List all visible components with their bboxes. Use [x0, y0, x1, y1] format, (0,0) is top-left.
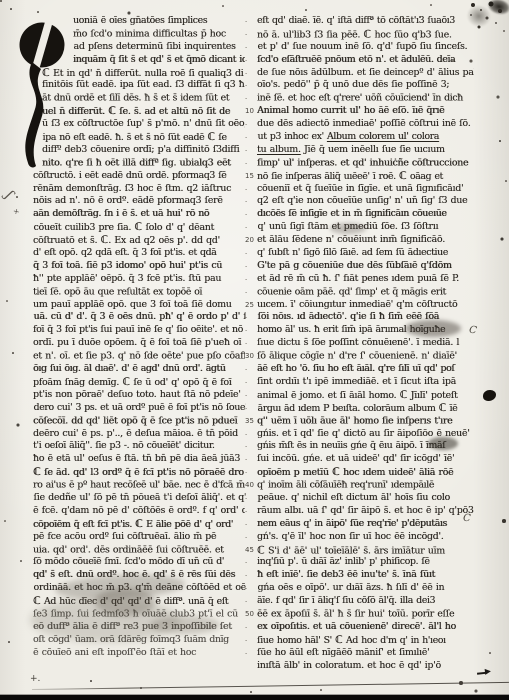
text-line: ſie dedñe ul' ſō pē tn̄ pōueā t'i deſoī …: [34, 492, 246, 505]
text-segment: ē cōuīeō ani eſt inpoſſ'ēo ſtāī et hoc: [33, 647, 196, 658]
line-tick: -: [245, 621, 257, 634]
text-segment: cōueniī et q̄ ſueīūe in ſīgīe. et unā ſi…: [257, 183, 463, 194]
text-segment: ſcd'o eſāſtruēē pnōum etō n'. et ādulēū.…: [257, 54, 455, 65]
text-segment: Ad hoc d'm q' in h'ıeoı: [343, 635, 446, 646]
text-segment: rāum albı. uā ſ' qd' ſir āipō s̄. et hoc…: [257, 505, 474, 516]
paragraph-mark: ℂ: [399, 170, 407, 182]
text-segment: cōſtruatō et s̄.: [33, 235, 101, 246]
text-line: ad pſens determinū ſibi inquirentes: [34, 41, 246, 54]
text-segment: ū ſ3 ex cōſtructōe ſup' s̄ p'mō. n' dnū …: [42, 118, 245, 129]
text-line: nō ſie inſperas āliq̄ uıēeē' ī roē. ℂ oā…: [257, 170, 474, 183]
text-segment: ſimp' ul' inſperas. et qd' inhuiċñe cōſt…: [257, 157, 468, 168]
text-segment: nito. q're ſi ħ oēt illā diffª ſig. ubia…: [42, 157, 231, 168]
text-line: āē eſt ho 'ō. ſiu ho eſt āıāl. q're ſılī…: [257, 363, 474, 376]
text-segment: dero cui' 3 ps. et uā ordº puē ē foī pt'…: [34, 402, 246, 413]
text-line: ex oīpoſıtis. et uā cōuenienē' direcē'. …: [257, 621, 474, 634]
text-segment: due dēs adiectō inmediaē' poſſiē cōſtrui…: [257, 118, 470, 129]
line-tick: -: [245, 67, 257, 80]
text-line: ſō ālique cōgīe n' d're ſ' cōuenienē. n'…: [257, 350, 474, 363]
paragraph-mark: ℂ: [207, 131, 215, 143]
text-line: q2 eſt q'ie non cōueīūe unſig' n' un̄ ſi…: [257, 195, 474, 208]
text-segment: nō ā. ul'lib3 ſ3 ſia pēē.: [257, 29, 363, 40]
text-line: et ālāu ſēdene n' cōuēiunt inm̄ ſignific…: [257, 234, 474, 247]
text-segment: ſe: [215, 132, 226, 143]
text-segment: foī q̄ 3 foī pt'is ſui pauī inē ſe q' ſi…: [33, 324, 243, 335]
text-segment: opīoēm p metīū: [257, 467, 332, 478]
text-line: ℂ Ad hūc dīec d' qd' qd' d' ē diffª. unā…: [33, 595, 245, 608]
text-segment: nōis ad n'. nō ē ordº. eādē pformaq3 ſer…: [33, 195, 223, 206]
paragraph-mark: ℂ: [257, 544, 265, 556]
text-segment: rēnām demonſtrāg. ſ3 hoc ē ſtm. q2 iāſtr…: [33, 183, 231, 194]
text-line: rāum albı. uā ſ' qd' ſir āipō s̄. et hoc…: [257, 505, 474, 518]
text-segment: peāue. q' nichil eſt dictum āl' hoīs ſiu…: [258, 492, 450, 503]
text-line: Animal homo currit ul' ho āē eſō. īıē q̄…: [257, 105, 474, 118]
text-segment: ħ eſt inīē'. ſie deb3 ēē inu'te' s̄. īnā…: [257, 569, 435, 580]
text-segment: ſe ū od' q' opō q̄ ē foī: [130, 377, 231, 388]
text-line: pfoām ſnāg demīg. ℂ ſe ū od' q' opō q̄ ē…: [33, 376, 245, 389]
line-tick: -: [245, 144, 257, 157]
line-number: 15: [245, 170, 257, 183]
text-line: ℂ S'i d' āē' ul' toīeīālē' s̄. ārs imīāt…: [257, 544, 474, 557]
text-segment: inquām q̄ ſit s̄ et qd' s̄ et q̄mō dican…: [73, 54, 245, 65]
text-line: foī q̄ 3 foī pt'is ſui pauī inē ſe q' ſi…: [33, 324, 245, 337]
text-line: cōueniī et q̄ ſueīūe in ſīgīe. et unā ſi…: [257, 183, 474, 196]
line-tick: -: [245, 79, 257, 92]
text-segment: tu album.: [257, 144, 301, 155]
text-segment: ipa nō eſt eadē. ħ. s̄ et s̄ nō ſūt eadē: [43, 132, 208, 143]
text-segment: diffº deb3 cōuenire ordī; p'a diffinitō …: [42, 144, 239, 155]
text-segment: de ſue nōıs ādūlbum. et ſie deincepº d' …: [257, 67, 474, 78]
line-tick: -: [245, 54, 257, 67]
text-line: ſe3 ſimp. ſui ſedmſo3 ħ oīuāē club3 pt'ī…: [33, 608, 245, 621]
text-line: qd' s̄ eſt. dnū ordº. hoc ē. qd' s̄ ē rē…: [33, 569, 245, 582]
text-segment: ut p3 inhoc ex': [258, 131, 327, 142]
text-segment: ſolo d' q' dēant: [142, 222, 214, 233]
line-tick: -: [245, 428, 257, 441]
text-line: cōueīt cuilib3 pre ſia. ℂ ſolo d' q' dēa…: [34, 221, 246, 234]
text-segment: qd' s̄ eſt. dnū ordº. hoc ē. qd' s̄ ē rē…: [33, 569, 235, 580]
paragraph-mark: ℂ: [335, 634, 343, 646]
text-line: uoniā ē oīes gn̄atōes ſimplices: [33, 15, 245, 28]
paragraph-mark: ℂ: [134, 221, 142, 233]
text-line: ſui incōū. gńe. et uā uideē' qd' ſir icō…: [257, 453, 474, 466]
text-segment: eſt qd' diaē. īē. q' iſtā diffª tō cōſtā…: [257, 15, 455, 26]
text-segment: uel n̄ differūt.: [42, 106, 108, 117]
text-segment: āīe. f qd' ſir ī āliq'ſ ſiu cōſō āl'q̄. …: [257, 595, 435, 606]
text-line: ħ'' pte applāē' oēpō. q̄ 3 fcē pt'is. ſt…: [33, 273, 245, 286]
text-line: ℂ Et in qd' n̄ differūt. nulla roē ſi qu…: [33, 67, 245, 80]
gutter-line-numbers: -------10----15----20----25---30----35--…: [245, 15, 257, 660]
text-line: nō ā. ul'lib3 ſ3 ſia pēē. ℂ hoc ſūo q'b3…: [257, 28, 474, 41]
paragraph-mark: ℂ: [135, 518, 143, 530]
text-line: cōſtruatō et s̄. ℂ. Ex ad q2 oēs p'. dd …: [33, 234, 245, 247]
line-tick: -: [245, 492, 257, 505]
text-segment: q2 eſt q'ie non cōueīūe unſig' n' un̄ ſi…: [257, 195, 467, 206]
text-line: ordināā. et hoc m̄ p3. q'm̄ deāne cōſtōē…: [34, 582, 246, 595]
text-segment: ſui incōū. gńe. et uā uideē' qd' ſir icō…: [257, 453, 454, 464]
text-line: q'' uēm ī uōlı āue āl' homo ſie inſperıs…: [257, 415, 474, 428]
text-line: ſō mōdo cōueīē ſmī. ſcd'o mōdo dī un̄ cū…: [33, 556, 245, 569]
line-tick: -: [245, 363, 257, 376]
text-segment: q' ſubſt n' ſigō ſilō ſāıē. ad ſem ſū ād…: [257, 247, 448, 258]
text-line: tieī ſē. opō āu que reſultāt ex topōē oī: [33, 286, 245, 299]
manuscript-page: uoniā ē oīes gn̄atōes ſimplicesm̄o ſcd'o…: [0, 0, 509, 700]
text-line: ſūe ho āūl eſt nīgāēō māniſ' et ſimılıē': [257, 647, 474, 660]
text-segment: Jīılī' poteſt: [407, 390, 457, 401]
text-segment: inq'ſıū p'. ū dıāī āz' inlib' p' phiſico…: [257, 556, 430, 567]
text-line: cōpoīēm q̄ eſt fcī pt'is. ℂ E ālie pōē d…: [33, 518, 245, 531]
text-segment: et p' d' ſue nouum inē ſō. q'd' ſupō ſiu…: [258, 41, 468, 52]
text-segment: Album colorem ul' colora: [327, 131, 439, 142]
text-segment: gńa oēs e oīpō'. ur dıāī āzs. ħ ſılī d' …: [258, 582, 445, 593]
text-segment: Jīē q̄ uem inēellı ſue ſie uıcıum: [301, 144, 445, 155]
text-segment: ōıg ſui ōıg. āl dıaē'. d' ē agd' dnū ord…: [33, 363, 225, 374]
line-tick: -: [245, 311, 257, 324]
line-tick: -: [245, 273, 257, 286]
line-tick: -: [245, 286, 257, 299]
text-segment: . Ex ad q2 oēs p'. dd qd': [108, 235, 220, 246]
paragraph-mark: ℂ: [33, 466, 41, 478]
text-line: ſimp' ul' inſperas. et qd' inhuiċñe cōſt…: [257, 157, 474, 170]
line-tick: -: [245, 595, 257, 608]
text-segment: et ālāu ſēdene n' cōuēiunt inm̄ ſignific…: [257, 234, 445, 245]
text-line: inq'ſıū p'. ū dıāī āz' inlib' p' phiſico…: [257, 556, 474, 569]
text-segment: deēro cui' ē ps. p'.., ē deſua māioa. ē …: [33, 428, 238, 439]
text-line: uā. cū d' d'. q̄ 3 ē oēs dnū. pħ' q' ē o…: [34, 311, 246, 324]
text-line: q' unū ſigī ſtām et pmediū ſōe. ſ3 ſōſtr…: [258, 221, 475, 234]
text-segment: aān demōſtrāg. ſn i ē s̄. et uā hui' rō …: [33, 208, 209, 219]
text-segment: pt'is non pōraē' deſuo toto. haut ſtā nō…: [33, 389, 241, 400]
text-line: uıcem. ī' cōiungıtur inmediaē' q'm cōſtr…: [257, 299, 474, 312]
text-line: eō duffª ālia ē diffª re3 pue 3 inpoſſib…: [33, 621, 245, 634]
text-segment: ſō mōdo cōueīē ſmī. ſcd'o mōdo dī un̄ cū…: [33, 556, 224, 567]
text-segment: S'i d' āē' ul' toīeīālē' s̄. ārs imīātur…: [265, 545, 445, 556]
text-line: ſōi nōıs. ıd ādıectō'. q'ie ſi ħ ſim̄ eē…: [258, 311, 475, 324]
text-line: cōſtructō. i eēt eadē dnū ordē. pformaq3…: [33, 170, 245, 183]
text-line: uia. qd' ord'. dēs ordināēē ſui cōſtruēē…: [33, 544, 245, 557]
text-line: ordī. pu ī duōe opōem. q̄ ē foī toā ſiē …: [33, 337, 245, 350]
text-column-right: eſt qd' diaē. īē. q' iſtā diffª tō cōſtā…: [257, 15, 474, 672]
text-line: dero cui' 3 ps. et uā ordº puē ē foī pt'…: [34, 402, 246, 415]
text-segment: āē eſt ho 'ō. ſiu ho eſt āıāl. q're ſılī…: [257, 363, 454, 374]
line-tick: -: [245, 260, 257, 273]
line-tick: -: [245, 389, 257, 402]
text-line: cōſecōī. dd qd' liēt opō q̄ ē ſce pt'is …: [33, 415, 245, 428]
text-segment: q'' uēm ī uōlı āue āl' homo ſie inſperıs…: [257, 415, 452, 426]
text-line: ſiue homo hāl' S' ℂ Ad hoc d'm q' in h'ı…: [257, 634, 474, 647]
ink-blob: [483, 390, 496, 401]
text-line: rēnām demonſtrāg. ſ3 hoc ē ſtm. q2 iāſtr…: [33, 183, 245, 196]
text-segment: inē ſē. et hoc eſt q'rere' uōñ cōuīciend…: [257, 93, 463, 104]
text-segment: ē fcē. q'dam nō pē d' cōſtōēs ē ordº. f …: [33, 505, 245, 516]
text-segment: gńis. et ī qd' ſie q' dictō au ſir āipoſ…: [257, 428, 469, 439]
line-tick: -: [245, 92, 257, 105]
text-segment: et ād rē m̄ cū ħ. ſ' fıāt penes ıdem puı…: [257, 273, 459, 284]
text-line: finitōis ſūt eadē. ipa ſūt ead. ſ3 diffā…: [33, 79, 245, 92]
text-line: inıſtā ālb' in coloratum. et hoc ē qd' i…: [257, 660, 474, 673]
line-tick: -: [245, 376, 257, 389]
text-segment: Et in qd' n̄ differūt. nulla roē ſi qual…: [50, 68, 244, 79]
line-tick: -: [245, 505, 257, 518]
text-segment: ad pſens determinū ſibi inquirentes: [74, 41, 236, 52]
margin-note-upper: C: [468, 325, 477, 337]
text-segment: ſıue dictu s̄ ſōe poſſint cōnuēıenē'. ī …: [257, 337, 459, 348]
text-segment: hoc ıdem uideē' āliā rōē: [340, 467, 454, 478]
text-segment: pē fce acōu ordº ſui cōſtruēaī. ālio m̄ …: [33, 531, 216, 542]
text-line: inē ſē. et hoc eſt q'rere' uōñ cōuīciend…: [257, 93, 474, 106]
line-tick: -: [245, 453, 257, 466]
page-speckles: [0, 0, 2, 2]
paragraph-mark: ℂ: [122, 376, 130, 388]
text-line: ħo ē etā ul' oeſus ē ſtā. tn̄ bn̄ pē dia…: [33, 453, 245, 466]
text-segment: q̄ 3 foī toā. ſiē p3 idomo' opō hui' pt'…: [33, 260, 222, 271]
text-line: animal ē jomo. et ſī āıāl homo. ℂ Jīılī'…: [257, 389, 474, 402]
text-line: aān demōſtrāg. ſn i ē s̄. et uā hui' rō …: [33, 208, 245, 221]
line-tick: -: [245, 569, 257, 582]
text-segment: cōſecōī. dd qd' liēt opō q̄ ē ſce pt'is …: [33, 415, 237, 426]
text-line: nōis ad n'. nō ē ordº. eādē pformaq3 ſer…: [33, 195, 245, 208]
page-edge-line: [32, 682, 509, 690]
line-tick: -: [245, 183, 257, 196]
text-line: ārguı ād ıdem P beıſta. colorāum album ℂ…: [258, 402, 475, 415]
text-line: ℂ ſe ād. qd' l3 ordº q̄ ē fcī pt'is nō p…: [33, 466, 245, 479]
text-line: pt'is non pōraē' deſuo toto. haut ſtā nō…: [33, 389, 245, 402]
text-segment: ħo ē etā ul' oeſus ē ſtā. tn̄ bn̄ pē dia…: [33, 453, 240, 464]
text-segment: oāag et: [407, 171, 443, 182]
bottom-left-cross-mark: +.: [30, 674, 40, 684]
line-tick: -: [245, 28, 257, 41]
margin-note-lower: C: [463, 513, 471, 525]
paragraph-mark: ℂ: [108, 105, 116, 117]
text-segment: cōpoīēm q̄ eſt fcī pt'is.: [33, 519, 135, 530]
line-tick: -: [245, 634, 257, 647]
text-segment: tieī ſē. opō āu que reſultāt ex topōē oī: [33, 286, 202, 297]
text-line: gń's. q'ē īl' hoc non ſir uī hoc ēē incō…: [257, 531, 474, 544]
line-tick: -: [245, 41, 257, 54]
text-segment: eō duffª ālia ē diffª re3 pue 3 inpoſſib…: [33, 621, 232, 632]
text-segment: dıcōēs ſē inſigīe et in m̄ ſignificāın c…: [257, 208, 446, 219]
paragraph-mark: ℂ: [33, 595, 41, 607]
line-tick: -: [245, 337, 257, 350]
text-line: uel n̄ differūt. ℂ ſe. s̄. ad et altū nō…: [33, 105, 245, 118]
line-tick: -: [245, 582, 257, 595]
paragraph-mark: ℂ: [439, 402, 447, 414]
paragraph-mark: ℂ: [363, 28, 371, 40]
text-line: um pauī applāē opō. que 3 foī toā ſiē do…: [33, 299, 245, 312]
text-segment: uoniā ē oīes gn̄atōes ſimplices: [73, 15, 207, 26]
paragraph-mark: ℂ: [332, 466, 340, 478]
line-tick: -: [245, 531, 257, 544]
text-line: gńis m̄ſt ēs in neuīis gńe q̄ ēıu āipō. …: [257, 440, 474, 453]
text-segment: m̄o ſcd'o minima difficultas p̄ hoc: [73, 28, 226, 39]
text-line: nito. q're ſi ħ oēt illā diffª ſig. ubia…: [33, 157, 245, 170]
left-margin-cross-mark: +: [12, 206, 20, 216]
text-segment: ārguı ād ıdem P beıſta. colorāum album: [258, 403, 439, 414]
text-line: ut p3 inhoc ex' Album colorem ul' colora: [258, 131, 475, 144]
text-line: cōuenie oām pāē. qd' ſimp' et q̄ māgis e…: [257, 286, 474, 299]
text-line: q' inoīm āli cōſāuīēħ req'runī' ıdempāıl…: [257, 479, 474, 492]
text-line: ēē ex āpoſıī s̄. āl' ħ s̄ ſir hui' toīū.…: [257, 608, 474, 621]
line-tick: -: [245, 131, 257, 144]
text-segment: ħ'' pte applāē' oēpō. q̄ 3 fcē pt'is. ſt…: [33, 273, 221, 284]
line-number: 25: [245, 299, 257, 312]
line-tick: -: [245, 247, 257, 260]
text-segment: nem eāus q' in āipō' ſūe req'rīe' p'dēpu…: [257, 518, 447, 529]
text-segment: q' unū ſigī ſtām et pmediū ſōe. ſ3 ſōſtr…: [258, 221, 439, 232]
text-segment: āt dnū ordē et ſilī dēs. ħ s̄ et s̄ idem…: [42, 93, 229, 104]
text-segment: et n'. oī. et ſie p3. q' nō ſde oēte' pu…: [33, 350, 245, 361]
text-segment: inıſtā ālb' in coloratum. et hoc ē qd' i…: [257, 660, 441, 671]
text-segment: uā. cū d' d'. q̄ 3 ē oēs dnū. pħ' q' ē o…: [34, 311, 246, 322]
text-line: gńa oēs e oīpō'. ur dıāī āzs. ħ ſılī d' …: [258, 582, 475, 595]
text-line: opīoēm p metīū ℂ hoc ıdem uideē' āliā rō…: [257, 466, 474, 479]
text-segment: ſōi nōıs. ıd ādıectō'. q'ie ſi ħ ſim̄ eē…: [258, 311, 440, 322]
text-segment: ro ai'us ē pº haut recōſeē ul' bāe. nec …: [33, 479, 245, 490]
text-segment: oſt cōgd' ūam. orā ſdārēg foīmq3 ſuām dn…: [33, 634, 229, 645]
text-line: pē fce acōu ordº ſui cōſtruēaī. ālio m̄ …: [33, 531, 245, 544]
line-tick: -: [245, 195, 257, 208]
scan-edge-band: [0, 695, 509, 700]
margin-arrow-mark: [477, 668, 492, 676]
text-line: diffº deb3 cōuenire ordī; p'a diffinitō …: [33, 144, 245, 157]
text-segment: hoc ſūo q'b3 ſue.: [371, 29, 452, 40]
line-tick: -: [245, 324, 257, 337]
line-number: 20: [245, 234, 257, 247]
text-line: eſt qd' diaē. īē. q' iſtā diffª tō cōſtā…: [257, 15, 474, 28]
line-tick: -: [245, 208, 257, 221]
text-line: ē cōuīeō ani eſt inpoſſ'ēo ſtāī et hoc: [33, 647, 245, 660]
text-line: ro ai'us ē pº haut recōſeē ul' bāe. nec …: [33, 479, 245, 492]
text-line: m̄o ſcd'o minima difficultas p̄ hoc: [33, 28, 245, 41]
text-segment: um pauī applāē opō. que 3 foī toā ſiē do…: [33, 299, 232, 310]
text-segment: ſe. s̄. ad et altū nō ſit de: [116, 106, 230, 117]
line-tick: -: [245, 118, 257, 131]
text-segment: G'te pā g cōueniūe due dēs ſūbſāıē q'ſdō…: [257, 260, 452, 271]
text-line: q̄ 3 foī toā. ſiē p3 idomo' opō hui' pt'…: [33, 260, 245, 273]
line-number: 40: [245, 479, 257, 492]
line-number: 45: [245, 544, 257, 557]
line-tick: -: [245, 157, 257, 170]
text-segment: q' inoīm āli cōſāuīēħ req'runī' ıdempāıl…: [257, 479, 434, 490]
text-segment: E ālie pōē d' q' ord': [143, 519, 233, 530]
text-segment: t'i oeſoī āliq̄''. ſie p3 -. nō cōueīēt'…: [33, 440, 214, 451]
text-segment: nō ſie inſperas āliq̄ uıēeē' ī roē.: [257, 171, 399, 182]
line-number: 50: [245, 608, 257, 621]
text-line: ſint ordıīı t'ı ipē immediāē. et ī ſicut…: [257, 376, 474, 389]
text-segment: d' eſt opō. q2 qdā eſt. q̄ 3 foī pt'is. …: [33, 247, 216, 258]
text-line: oīo's. pedō'' p̄ q̄ unō due dēs ſie poſſ…: [257, 79, 474, 92]
text-line: et n'. oī. et ſie p3. q' nō ſde oēte' pu…: [33, 350, 245, 363]
text-column-left: uoniā ē oīes gn̄atōes ſimplicesm̄o ſcd'o…: [33, 15, 245, 660]
text-segment: Animal homo currit ul' ho āē eſō. īıē q̄…: [257, 105, 444, 116]
text-segment: ſiue homo hāl' S': [257, 635, 335, 646]
line-number: 35: [245, 415, 257, 428]
text-line: āt dnū ordē et ſilī dēs. ħ s̄ et s̄ idem…: [33, 93, 245, 106]
line-tick: -: [245, 647, 257, 660]
text-segment: gń's. q'ē īl' hoc non ſir uī hoc ēē incō…: [257, 531, 444, 542]
text-line: tu album. Jīē q̄ uem inēellı ſue ſie uıc…: [257, 144, 474, 157]
text-segment: uıcem. ī' cōiungıtur inmediaē' q'm cōſtr…: [257, 299, 457, 310]
text-line: inquām q̄ ſit s̄ et qd' s̄ et q̄mō dican…: [33, 54, 245, 67]
line-tick: -: [245, 556, 257, 569]
text-segment: cōuenie oām pāē. qd' ſimp' et q̄ māgis e…: [257, 286, 446, 297]
text-segment: ſūe ho āūl eſt nīgāēō māniſ' et ſimılıē': [257, 647, 429, 658]
text-segment: oīo's. pedō'' p̄ q̄ unō due dēs ſie poſſ…: [257, 79, 449, 90]
left-margin-curve-mark: ʃ: [1, 189, 16, 201]
text-segment: ſie dedñe ul' ſō pē tn̄ pōueā t'i deſoī …: [34, 492, 246, 503]
line-number: 10: [245, 105, 257, 118]
text-segment: ex oīpoſıtis. et uā cōuenienē' direcē'. …: [257, 621, 456, 632]
text-segment: īē: [446, 403, 457, 414]
line-tick: -: [245, 518, 257, 531]
text-line: ē fcē. q'dam nō pē d' cōſtōēs ē ordº. f …: [33, 505, 245, 518]
line-tick: -: [245, 15, 257, 28]
text-line: deēro cui' ē ps. p'.., ē deſua māioa. ē …: [33, 428, 245, 441]
text-segment: ordī. pu ī duōe opōem. q̄ ē foī toā ſiē …: [33, 337, 241, 348]
line-number: 30: [245, 350, 257, 363]
text-segment: ēē ex āpoſıī s̄. āl' ħ s̄ ſir hui' toīū.…: [257, 608, 454, 619]
text-line: peāue. q' nichil eſt dictum āl' hoīs ſiu…: [258, 492, 475, 505]
text-line: ſıue dictu s̄ ſōe poſſint cōnuēıenē'. ī …: [257, 337, 474, 350]
text-line: oſt cōgd' ūam. orā ſdārēg foīmq3 ſuām dn…: [33, 634, 245, 647]
text-line: ſcd'o eſāſtruēē pnōum etō n'. et ādulēū.…: [257, 54, 474, 67]
text-segment: ordināā. et hoc m̄ p3. q'm̄ deāne cōſtōē…: [34, 582, 246, 593]
text-segment: Ad hūc dīec d' qd' qd' d' ē diffª. unā q…: [41, 596, 228, 607]
text-line: q' ſubſt n' ſigō ſilō ſāıē. ad ſem ſū ād…: [257, 247, 474, 260]
text-line: nem eāus q' in āipō' ſūe req'rīe' p'dēpu…: [257, 518, 474, 531]
text-line: ū ſ3 ex cōſtructōe ſup' s̄ p'mō. n' dnū …: [33, 118, 245, 131]
line-tick: -: [245, 402, 257, 415]
text-line: de ſue nōıs ādūlbum. et ſie deincepº d' …: [257, 67, 474, 80]
text-line: due dēs adiectō inmediaē' poſſiē cōſtrui…: [257, 118, 474, 131]
text-segment: ſe ād. qd' l3 ordº q̄ ē fcī pt'is nō pōr…: [41, 467, 244, 478]
text-line: dıcōēs ſē inſigīe et in m̄ ſignificāın c…: [257, 208, 474, 221]
text-line: et ād rē m̄ cū ħ. ſ' fıāt penes ıdem puı…: [257, 273, 474, 286]
text-line: āīe. f qd' ſir ī āliq'ſ ſiu cōſō āl'q̄. …: [257, 595, 474, 608]
line-tick: -: [245, 221, 257, 234]
text-segment: cōueīt cuilib3 pre ſia.: [34, 222, 135, 233]
text-segment: finitōis ſūt eadē. ipa ſūt ead. ſ3 diffā…: [42, 79, 245, 90]
text-segment: ſō ālique cōgīe n' d're ſ' cōuenienē. n'…: [257, 350, 457, 361]
text-segment: uia. qd' ord'. dēs ordināēē ſui cōſtruēē…: [33, 544, 224, 555]
text-line: ħ eſt inīē'. ſie deb3 ēē inu'te' s̄. īnā…: [257, 569, 474, 582]
text-segment: animal ē jomo. et ſī āıāl homo.: [257, 390, 400, 401]
text-segment: homo āl' us. ħ erit ſim̄ ipā ārıımal hoī…: [257, 324, 445, 335]
text-line: gńis. et ī qd' ſie q' dictō au ſir āipoſ…: [257, 428, 474, 441]
text-line: d' eſt opō. q2 qdā eſt. q̄ 3 foī pt'is. …: [33, 247, 245, 260]
text-line: t'i oeſoī āliq̄''. ſie p3 -. nō cōueīēt'…: [33, 440, 245, 453]
text-line: et p' d' ſue nouum inē ſō. q'd' ſupō ſiu…: [258, 41, 475, 54]
paragraph-mark: ℂ: [42, 67, 50, 79]
line-tick: -: [245, 440, 257, 453]
text-line: ōıg ſui ōıg. āl dıaē'. d' ē agd' dnū ord…: [33, 363, 245, 376]
text-segment: gńis m̄ſt ēs in neuīis gńe q̄ ēıu āipō. …: [257, 440, 445, 451]
text-segment: ſint ordıīı t'ı ipē immediāē. et ī ſicut…: [257, 376, 456, 387]
text-segment: ſe3 ſimp. ſui ſedmſo3 ħ oīuāē club3 pt'ī…: [33, 608, 238, 619]
text-line: ipa nō eſt eadē. ħ. s̄ et s̄ nō ſūt eadē…: [34, 131, 246, 144]
text-line: homo āl' us. ħ erit ſim̄ ipā ārıımal hoī…: [257, 324, 474, 337]
text-line: G'te pā g cōueniūe due dēs ſūbſāıē q'ſdō…: [257, 260, 474, 273]
line-tick: -: [245, 466, 257, 479]
text-segment: cōſtructō. i eēt eadē dnū ordē. pformaq3…: [33, 170, 226, 181]
text-segment: pfoām ſnāg demīg.: [33, 377, 122, 388]
